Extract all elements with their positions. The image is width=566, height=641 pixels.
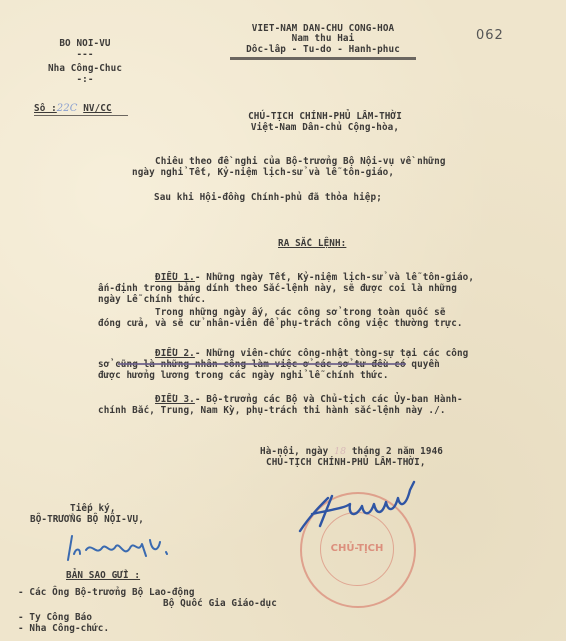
department-name: Nha Công-Chuc [30,63,140,74]
article-1-line-5: đóng cửa, và sẽ cử nhân-viên để phụ-trác… [98,318,463,329]
issuer-title: CHÚ-TỊCH CHÍNH-PHỦ LÂM-THỜI [200,111,450,122]
article-1-line-4: Trong những ngày ấy, các công sở trong t… [155,307,446,318]
countersign-title: BỘ-TRƯỞNG BỘ NỘI-VỤ, [30,514,144,525]
article-1-label: ĐIỀU 1. [155,272,195,283]
copies-item-3: - Nha Công-chức. [18,623,109,634]
document-page: BO NOI-VU --- Nha Công-Chuc -:- Sô :22C … [0,0,566,641]
copies-item-1: - Các Ông Bộ-trưởng Bộ Lao-động [18,587,195,598]
number-suffix: NV/CC [83,103,112,114]
article-2-label: ĐIỀU 2. [155,348,195,359]
number-underline [34,115,128,116]
strikethrough-line [118,363,406,365]
preamble-line-3: Sau khi Hội-đồng Chính-phủ đã thỏa hiệp; [154,192,382,203]
ministry-name: BO NOI-VU [30,38,140,49]
page-stamp-number: 062 [476,30,504,41]
countersign-label: Tiếp ký, [70,503,116,514]
date-line: Hà-nội, ngày 18 tháng 2 năm 1946 [260,446,443,457]
preamble-line-1: Chiêu theo đề nghi của Bộ-trưởng Bộ Nội-… [155,156,446,167]
document-number: Sô :22C NV/CC [34,103,112,114]
minister-signature-icon [62,530,172,566]
preamble-line-2: ngày nghỉ Tết, Kỷ-niệm lịch-sử và lễ tôn… [132,167,394,178]
copies-heading: BẢN SAO GỬI : [66,570,140,581]
number-prefix: Sô : [34,103,57,114]
article-3-line-1: ĐIỀU 3.- Bộ-trưởng các Bộ và Chủ-tịch cá… [155,394,463,405]
signer-title: CHỦ-TỊCH CHÍNH-PHỦ LÂM-THỜI, [266,457,426,468]
header-separator: --- [30,49,140,60]
date-day-handwritten: 18 [334,446,346,457]
header-separator-2: -:- [30,74,140,85]
president-signature-icon [290,476,430,546]
article-3-line-2: chính Bắc, Trung, Nam Kỳ, phụ-trách thi … [98,405,446,416]
national-motto: Dôc-lâp - Tu-do - Hanh-phuc [228,44,418,55]
article-1-line-2: ấn-định trong bảng dính theo Sắc-lệnh nà… [98,283,457,294]
number-handwritten: 22C [57,103,78,114]
article-2-line-3: được hưởng lương trong các ngày nghỉ lễ … [98,370,389,381]
issuer-country: Việt-Nam Dân-chủ Cộng-hòa, [200,122,450,133]
article-2-line-1: ĐIỀU 2.- Những viên-chức công-nhật tòng-… [155,348,468,359]
motto-double-underline [230,57,416,60]
article-3-label: ĐIỀU 3. [155,394,195,405]
copies-item-2: - Ty Công Báo [18,612,92,623]
copies-item-1b: Bộ Quốc Gia Giáo-dục [163,598,277,609]
article-1-line-1: ĐIỀU 1.- Những ngày Tết, Kỷ-niệm lịch-sử… [155,272,474,283]
decree-heading: RA SẮC LỆNH: [278,238,346,249]
year-of-republic: Nam thu Hai [228,33,418,44]
article-1-line-3: ngày Lễ chính thức. [98,294,206,305]
